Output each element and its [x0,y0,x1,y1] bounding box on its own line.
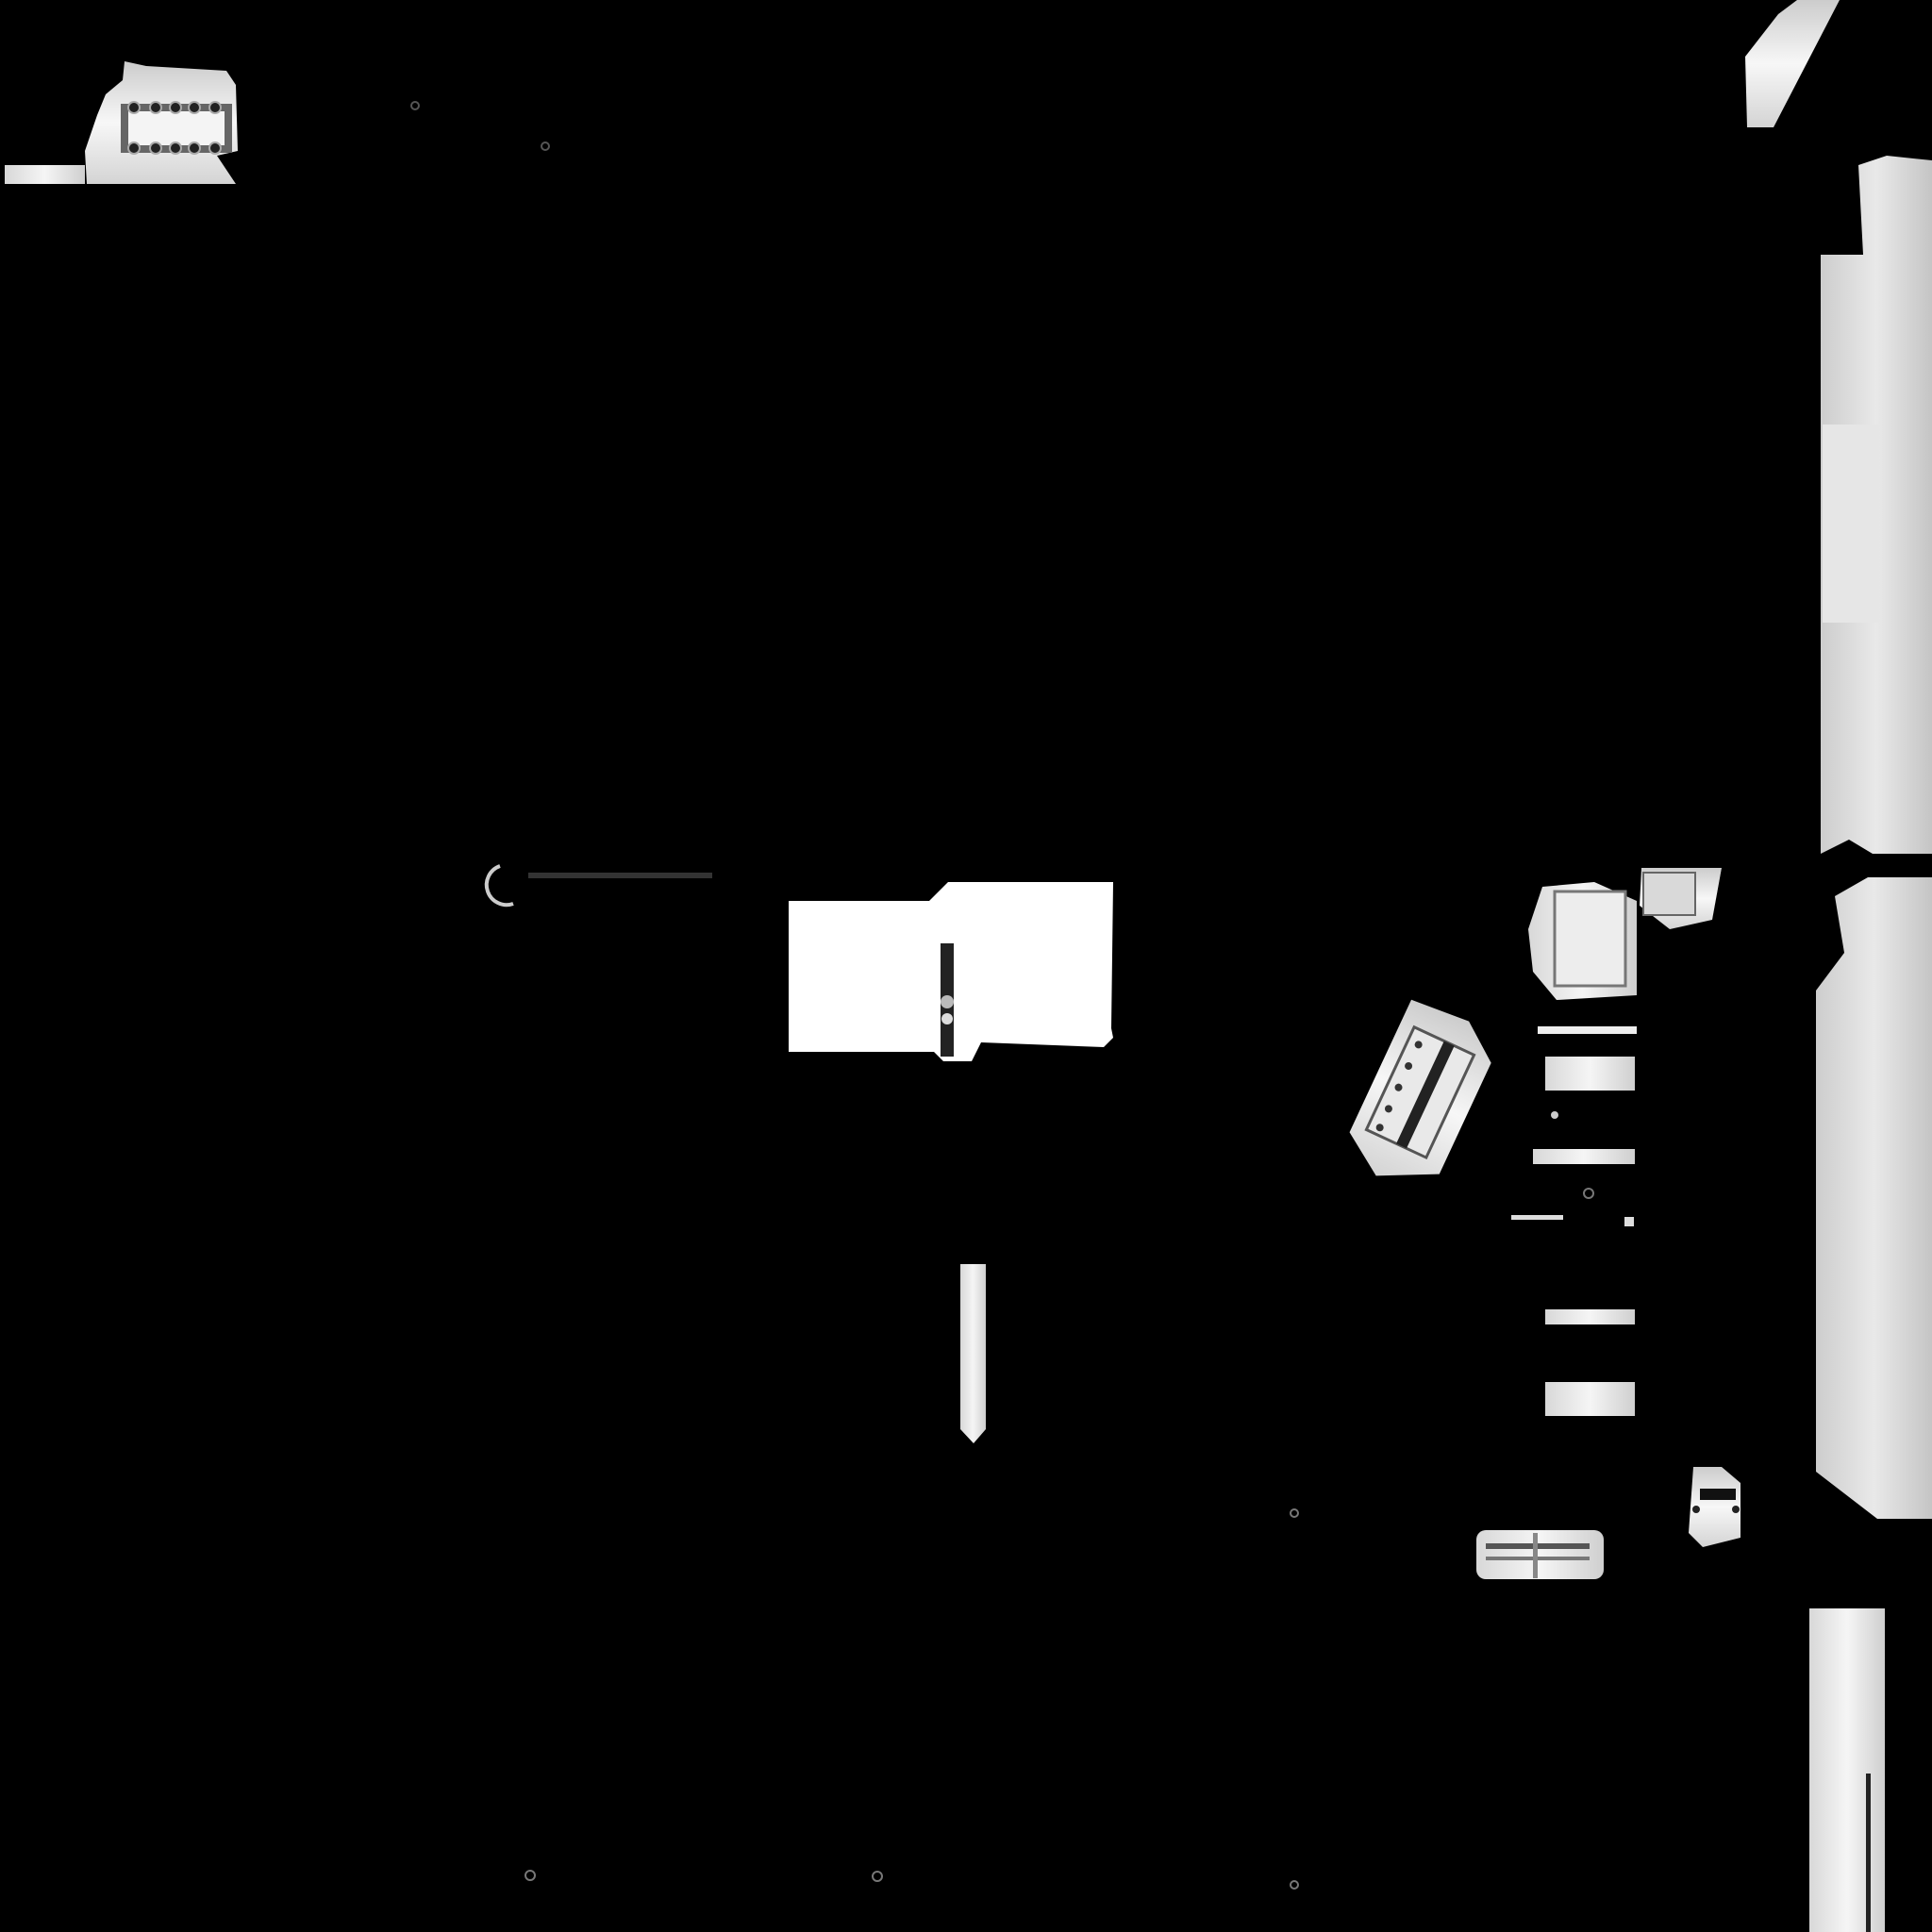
center-plate [789,882,1113,1061]
small-markers-top [411,102,549,150]
right-edge-strips [1745,0,1932,1932]
right-cluster [1511,868,1722,1416]
center-rod [960,1264,986,1443]
tilted-bolted-block [1338,995,1503,1200]
texture-atlas [0,0,1932,1932]
bolt-fragment [487,866,712,905]
small-markers-bottom [525,1509,1298,1889]
top-left-bracket [5,61,238,184]
bottom-right-capsule [1476,1530,1604,1579]
bottom-right-clip [1689,1467,1740,1547]
